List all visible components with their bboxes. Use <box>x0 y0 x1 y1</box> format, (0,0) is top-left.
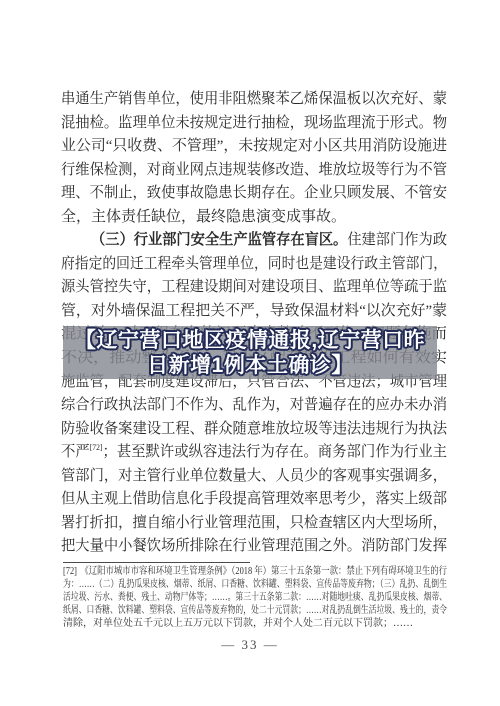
body-line-text: 业公司“只收费、不管理”，未按规定对小区共用消防设施进 <box>61 135 447 159</box>
body-line-text: 源头管控失守，工程建设期间对建设项目、监理单位等疏于监 <box>61 276 447 300</box>
banner-title-line-1: 【辽宁营口地区疫情通报,辽宁营口昨 <box>75 328 425 353</box>
footnote-marker: [72] <box>63 566 77 577</box>
text-after-ref: ；甚至默许或纵容违法行为存在。商务部门作为行业主 <box>102 444 447 460</box>
body-line: 把大量中小餐饮场所排除在行业管理范围之外。消防部门发挥 <box>61 535 447 559</box>
body-line-text: 管部门，对主管行业单位数量大、人员少的客观事实强调多， <box>61 465 447 489</box>
body-line: 串通生产销售单位，使用非阻燃聚苯乙烯保温板以次充好、蒙 <box>61 88 447 112</box>
body-line-text: 理、不制止，致使事故隐患长期存在。企业只顾发展、不管安 <box>61 182 447 206</box>
footnote-line: [72]《辽阳市城市市容和环境卫生管理条例》（2018 年）第三十五条第一款：禁… <box>63 566 447 579</box>
footnote-ref-72: [72] <box>90 443 103 452</box>
section-heading-text: （三）行业部门安全生产监管存在盲区。住建部门作为政 <box>91 229 447 253</box>
footnote-block: [72]《辽阳市城市市容和环境卫生管理条例》（2018 年）第三十五条第一款：禁… <box>63 566 447 630</box>
footnote-text: 《辽阳市城市市容和环境卫生管理条例》（2018 年）第三十五条第一款：禁止下列有… <box>80 566 447 577</box>
body-line-text: 行维保检测，对商业网点违规装修改造、堆放垃圾等行为不管 <box>61 159 447 183</box>
footnote-line-text: 为：……（二）乱扔瓜果皮核、烟蒂、纸屑、口香糖、饮料罐、塑料袋、宣传品等废弃物；… <box>63 579 447 592</box>
body-line-text: 混抽检。监理单位未按规定进行抽检，现场监理流于形式。物 <box>61 112 447 136</box>
body-line: 府指定的回迁工程牵头管理单位，同时也是建设行政主管部门， <box>61 253 447 277</box>
body-line: 管部门，对主管行业单位数量大、人员少的客观事实强调多， <box>61 465 447 489</box>
body-line-text: 串通生产销售单位，使用非阻燃聚苯乙烯保温板以次充好、蒙 <box>61 88 447 112</box>
body-line-text: 把大量中小餐饮场所排除在行业管理范围之外。消防部门发挥 <box>61 535 447 559</box>
section-heading-rest: 住建部门作为政 <box>347 232 447 248</box>
footnote-line-text: 纸屑、口香糖、饮料罐、塑料袋、宣传品等废弃物的，处二十元罚款；……对乱扔乱倒生活… <box>63 605 447 618</box>
footnote-line: 清除，对单位处五千元以上五万元以下罚款，并对个人处二百元以下罚款；…… <box>63 618 447 631</box>
body-line: 业公司“只收费、不管理”，未按规定对小区共用消防设施进 <box>61 135 447 159</box>
body-line-text: 全，主体责任缺位，最终隐患演变成事故。 <box>61 206 346 230</box>
footnote-line-text: 活垃圾、污水、粪便、残土、动物尸体等；……。第三十五条第二款：……对随地吐痰、乱… <box>63 592 447 605</box>
footnote-line-text: [72]《辽阳市城市市容和环境卫生管理条例》（2018 年）第三十五条第一款：禁… <box>63 566 447 579</box>
overlay-news-banner[interactable]: 【辽宁营口地区疫情通报,辽宁营口昨 日新增1例本土确诊】 <box>63 326 437 379</box>
section-heading-bold: （三）行业部门安全生产监管存在盲区。 <box>91 232 347 248</box>
body-line: 源头管控失守，工程建设期间对建设项目、监理单位等疏于监 <box>61 276 447 300</box>
body-line: 防验收备案建设工程、群众随意堆放垃圾等违法违规行为执法 <box>61 418 447 442</box>
body-line: 理、不制止，致使事故隐患长期存在。企业只顾发展、不管安 <box>61 182 447 206</box>
body-line-text: 署打折扣，擅自缩小行业管理范围，只检查辖区内大型场所， <box>61 512 447 536</box>
document-page: 串通生产销售单位，使用非阻燃聚苯乙烯保温板以次充好、蒙 混抽检。监理单位未按规定… <box>0 0 500 706</box>
body-line-section-heading: （三）行业部门安全生产监管存在盲区。住建部门作为政 <box>61 229 447 253</box>
footnote-line-text: 清除，对单位处五千元以上五万元以下罚款，并对个人处二百元以下罚款；…… <box>63 618 413 631</box>
body-line-text: 府指定的回迁工程牵头管理单位，同时也是建设行政主管部门， <box>61 253 447 277</box>
body-line-with-footnote-ref: 不严[72]；甚至默许或纵容违法行为存在。商务部门作为行业主 <box>61 441 447 465</box>
body-line: 全，主体责任缺位，最终隐患演变成事故。 <box>61 206 447 230</box>
body-line: 管，对外墙保温工程把关不严，导致保温材料“以次充好”蒙 <box>61 300 447 324</box>
footnote-separator <box>63 562 250 563</box>
page-number: — 33 — <box>0 637 500 653</box>
body-line: 行维保检测，对商业网点违规装修改造、堆放垃圾等行为不管 <box>61 159 447 183</box>
body-line-text: 不严[72]；甚至默许或纵容违法行为存在。商务部门作为行业主 <box>61 441 447 465</box>
body-line: 署打折扣，擅自缩小行业管理范围，只检查辖区内大型场所， <box>61 512 447 536</box>
body-line-text: 综合行政执法部门不作为、乱作为，对普遍存在的应办未办消 <box>61 394 447 418</box>
text-before-ref: 不严 <box>61 444 90 460</box>
footnote-line: 纸屑、口香糖、饮料罐、塑料袋、宣传品等废弃物的，处二十元罚款；……对乱扔乱倒生活… <box>63 605 447 618</box>
body-line-text: 防验收备案建设工程、群众随意堆放垃圾等违法违规行为执法 <box>61 418 447 442</box>
banner-title-line-2: 日新增1例本土确诊】 <box>147 353 353 378</box>
body-line-text: 管，对外墙保温工程把关不严，导致保温材料“以次充好”蒙 <box>61 300 447 324</box>
body-line-text: 但从主观上借助信息化手段提高管理效率思考少，落实上级部 <box>61 488 447 512</box>
body-text: 串通生产销售单位，使用非阻燃聚苯乙烯保温板以次充好、蒙 混抽检。监理单位未按规定… <box>61 88 447 559</box>
footnote-line: 为：……（二）乱扔瓜果皮核、烟蒂、纸屑、口香糖、饮料罐、塑料袋、宣传品等废弃物；… <box>63 579 447 592</box>
body-line: 综合行政执法部门不作为、乱作为，对普遍存在的应办未办消 <box>61 394 447 418</box>
body-line: 但从主观上借助信息化手段提高管理效率思考少，落实上级部 <box>61 488 447 512</box>
body-line: 混抽检。监理单位未按规定进行抽检，现场监理流于形式。物 <box>61 112 447 136</box>
footnote-line: 活垃圾、污水、粪便、残土、动物尸体等；……。第三十五条第二款：……对随地吐痰、乱… <box>63 592 447 605</box>
